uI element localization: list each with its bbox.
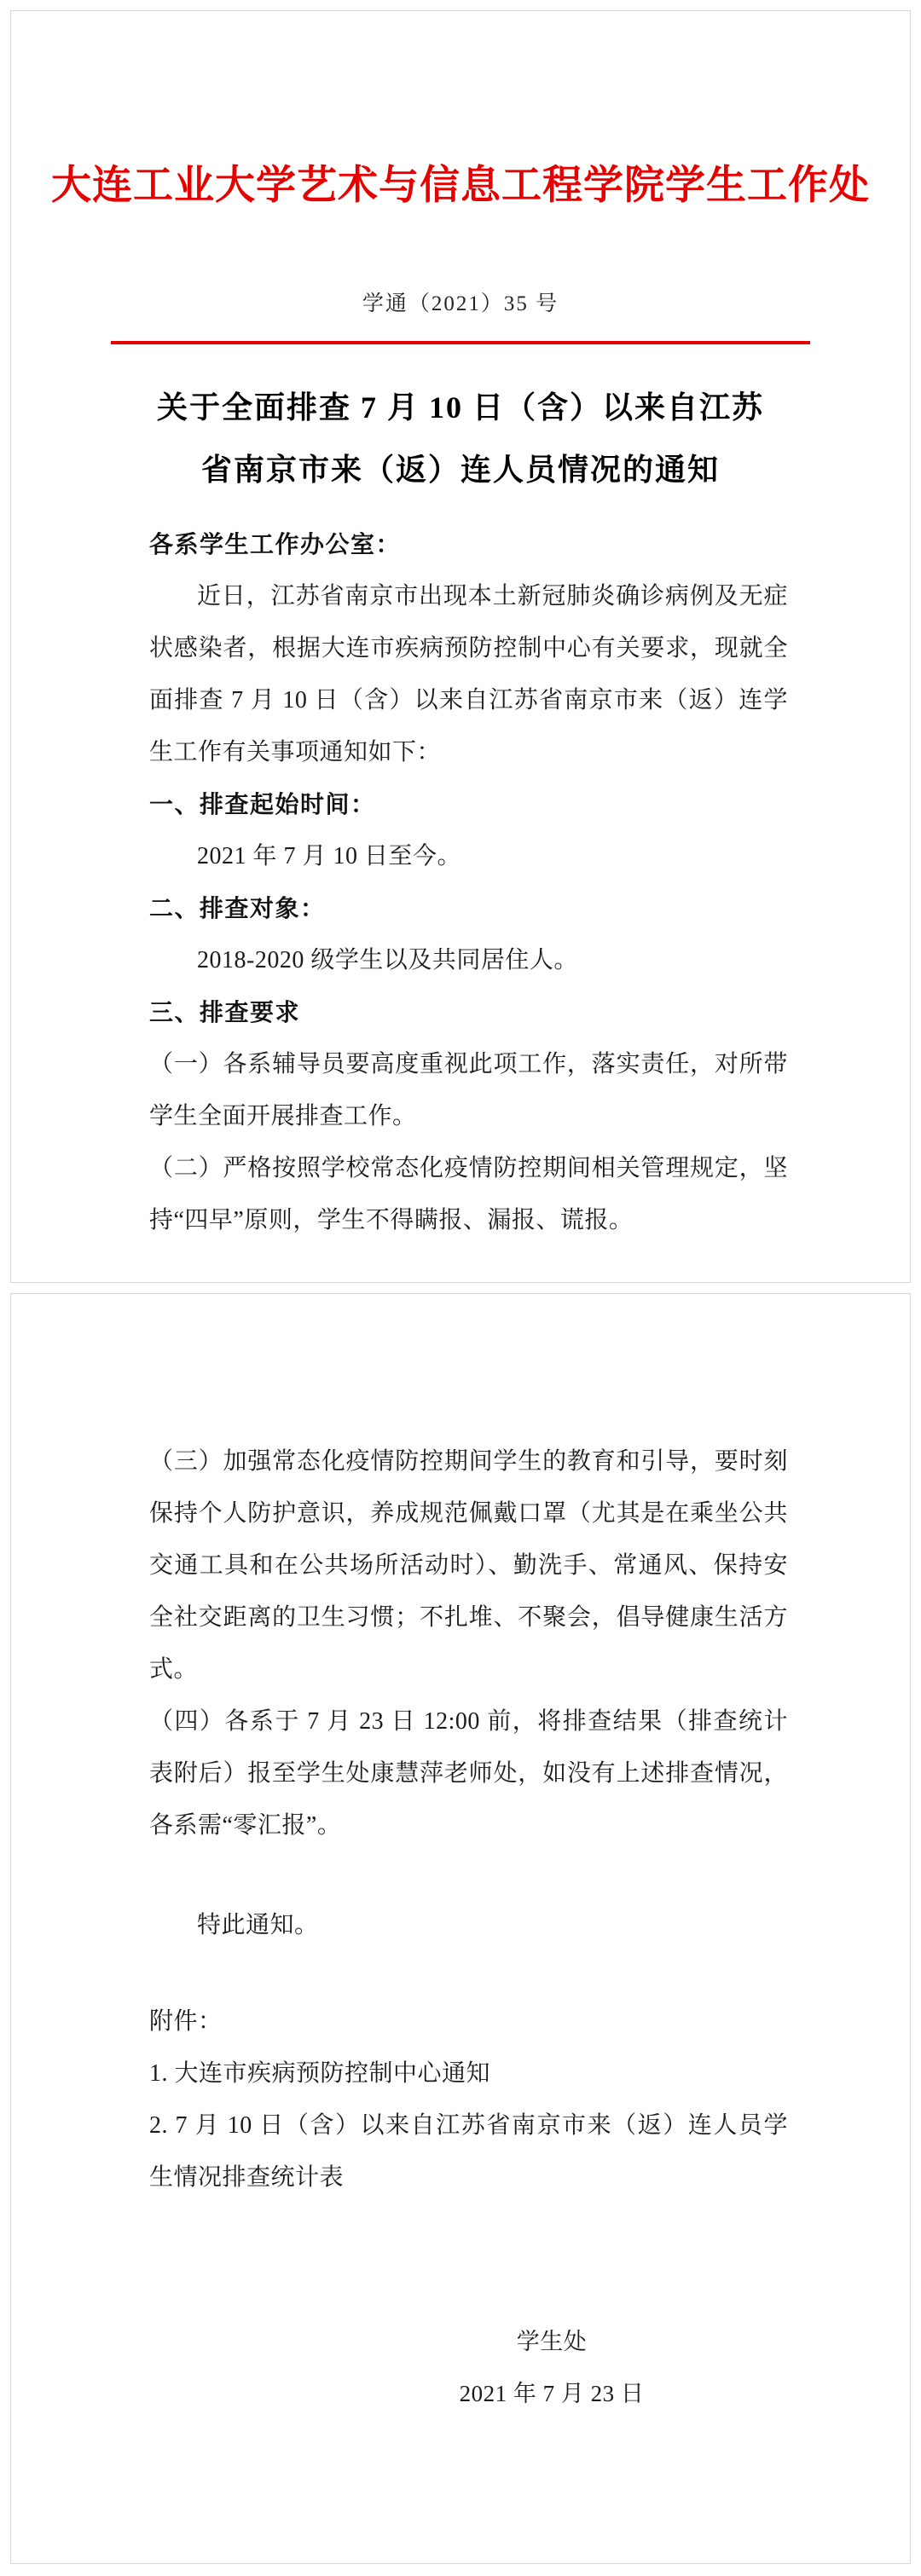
attachment-item-2: 2. 7 月 10 日（含）以来自江苏省南京市来（返）连人员学生情况排查统计表 (149, 2099, 788, 2203)
signature-date: 2021 年 7 月 23 日 (411, 2368, 692, 2420)
requirement-item-1: （一）各系辅导员要高度重视此项工作，落实责任，对所带学生全面开展排查工作。 (149, 1038, 788, 1142)
attachments-label: 附件： (149, 1996, 788, 2048)
section-2-heading: 二、排查对象： (149, 882, 788, 934)
signer-name: 学生处 (411, 2316, 692, 2368)
intro-paragraph: 近日，江苏省南京市出现本土新冠肺炎确诊病例及无症状感染者，根据大连市疾病预防控制… (149, 570, 788, 778)
document-number: 学通（2021）35 号 (11, 286, 910, 317)
notice-title-line-2: 省南京市来（返）连人员情况的通知 (136, 439, 785, 501)
attachment-item-1: 1. 大连市疾病预防控制中心通知 (149, 2048, 788, 2099)
requirement-item-3: （三）加强常态化疫情防控期间学生的教育和引导，要时刻保持个人防护意识，养成规范佩… (149, 1435, 788, 1695)
document-page-2: （三）加强常态化疫情防控期间学生的教育和引导，要时刻保持个人防护意识，养成规范佩… (10, 1293, 911, 2564)
salutation: 各系学生工作办公室： (149, 518, 788, 570)
red-divider-line (111, 341, 810, 344)
section-2-body: 2018-2020 级学生以及共同居住人。 (149, 934, 788, 986)
notice-title-line-1: 关于全面排查 7 月 10 日（含）以来自江苏 (136, 377, 785, 439)
document-page-1: 大连工业大学艺术与信息工程学院学生工作处 学通（2021）35 号 关于全面排查… (10, 10, 911, 1283)
page-2-body: （三）加强常态化疫情防控期间学生的教育和引导，要时刻保持个人防护意识，养成规范佩… (11, 1294, 910, 2420)
section-1-heading: 一、排查起始时间： (149, 778, 788, 830)
issuing-org-title: 大连工业大学艺术与信息工程学院学生工作处 (20, 161, 901, 211)
notice-title: 关于全面排查 7 月 10 日（含）以来自江苏 省南京市来（返）连人员情况的通知 (136, 377, 785, 501)
section-3-heading: 三、排查要求 (149, 986, 788, 1038)
signature-block: 学生处 2021 年 7 月 23 日 (411, 2316, 692, 2420)
document-header: 大连工业大学艺术与信息工程学院学生工作处 学通（2021）35 号 关于全面排查… (11, 161, 910, 501)
closing-statement: 特此通知。 (149, 1899, 788, 1951)
page-1-body: 各系学生工作办公室： 近日，江苏省南京市出现本土新冠肺炎确诊病例及无症状感染者，… (11, 518, 910, 1246)
section-1-body: 2021 年 7 月 10 日至今。 (149, 830, 788, 882)
requirement-item-4: （四）各系于 7 月 23 日 12:00 前，将排查结果（排查统计表附后）报至… (149, 1695, 788, 1851)
requirement-item-2: （二）严格按照学校常态化疫情防控期间相关管理规定，坚持“四早”原则，学生不得瞒报… (149, 1142, 788, 1246)
